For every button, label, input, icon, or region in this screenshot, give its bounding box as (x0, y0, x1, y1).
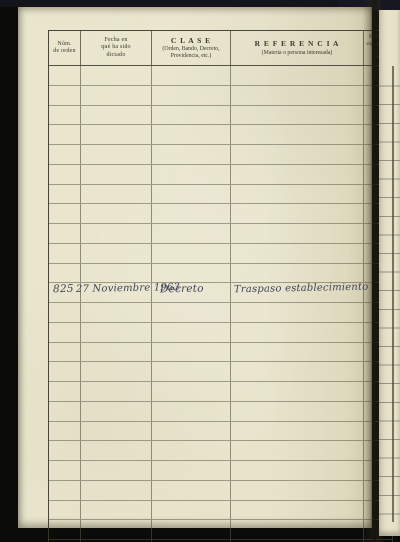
cell-num (49, 402, 81, 421)
cell-referencia (231, 66, 364, 85)
cell-clase (152, 303, 231, 322)
scanned-document-photo: Núm. de orden Fecha en qué ha sido dicta… (0, 0, 400, 542)
table-row (49, 125, 392, 145)
cell-clase: Decreto (152, 283, 231, 302)
cell-referencia (231, 362, 364, 381)
book-spine-fold (373, 4, 375, 536)
cell-fecha (81, 185, 152, 204)
cell-referencia (231, 343, 364, 362)
cell-fecha (81, 343, 152, 362)
cell-num (49, 382, 81, 401)
cell-clase (152, 244, 231, 263)
cell-num (49, 422, 81, 441)
header-clase: C L A S E (Orden, Bando, Decreto, Provid… (152, 31, 231, 65)
table-row (49, 343, 392, 363)
table-row (49, 382, 392, 402)
cell-num (49, 362, 81, 381)
table-row (49, 501, 392, 521)
cell-clase (152, 106, 231, 125)
handwritten-num: 825 (53, 283, 74, 295)
table-row (49, 323, 392, 343)
cell-fecha (81, 106, 152, 125)
header-referencia: R E F E R E N C I A (Materia o persona i… (231, 31, 364, 65)
cell-clase (152, 402, 231, 421)
table-row (49, 264, 392, 284)
cell-referencia (231, 204, 364, 223)
table-row (49, 520, 392, 540)
cell-clase (152, 224, 231, 243)
cell-referencia (231, 264, 364, 283)
table-row (49, 244, 392, 264)
cell-clase (152, 145, 231, 164)
cell-fecha (81, 204, 152, 223)
cell-referencia (231, 402, 364, 421)
cell-num (49, 125, 81, 144)
next-page-edge (379, 10, 400, 536)
cell-clase (152, 66, 231, 85)
table-row (49, 204, 392, 224)
cell-clase (152, 185, 231, 204)
header-referencia-title: R E F E R E N C I A (255, 39, 340, 48)
cell-fecha (81, 244, 152, 263)
cell-fecha (81, 303, 152, 322)
table-row (49, 402, 392, 422)
cell-num (49, 185, 81, 204)
cell-fecha (81, 224, 152, 243)
cell-fecha (81, 441, 152, 460)
cell-referencia (231, 224, 364, 243)
cell-referencia (231, 382, 364, 401)
table-header-row: Núm. de orden Fecha en qué ha sido dicta… (49, 31, 392, 66)
cell-referencia (231, 303, 364, 322)
table-row (49, 224, 392, 244)
cell-clase (152, 520, 231, 539)
cell-num (49, 323, 81, 342)
cell-num (49, 86, 81, 105)
cell-fecha (81, 66, 152, 85)
cell-clase (152, 165, 231, 184)
cell-clase (152, 422, 231, 441)
cell-referencia (231, 501, 364, 520)
cell-num (49, 501, 81, 520)
cell-fecha (81, 402, 152, 421)
cell-clase (152, 481, 231, 500)
cell-fecha (81, 86, 152, 105)
cell-clase (152, 264, 231, 283)
cell-fecha (81, 422, 152, 441)
header-fecha: Fecha en qué ha sido dictado (81, 31, 152, 65)
cell-clase (152, 382, 231, 401)
cell-num (49, 244, 81, 263)
table-row (49, 422, 392, 442)
header-referencia-sub: (Materia o persona interesada) (262, 50, 333, 57)
cell-referencia (231, 323, 364, 342)
registry-table: Núm. de orden Fecha en qué ha sido dicta… (48, 30, 393, 542)
table-row (49, 86, 392, 106)
cell-fecha (81, 481, 152, 500)
cell-referencia: Traspaso establecimiento (231, 283, 364, 302)
cell-referencia (231, 185, 364, 204)
cell-fecha (81, 145, 152, 164)
cell-num (49, 204, 81, 223)
cell-fecha (81, 520, 152, 539)
table-row (49, 165, 392, 185)
cell-referencia (231, 244, 364, 263)
cell-num (49, 264, 81, 283)
cell-num (49, 224, 81, 243)
table-row: 82527 Noviembre 1963DecretoTraspaso esta… (49, 283, 392, 303)
cell-fecha (81, 264, 152, 283)
cell-num (49, 106, 81, 125)
header-num-orden: Núm. de orden (49, 31, 81, 65)
cell-fecha (81, 165, 152, 184)
cell-num (49, 303, 81, 322)
table-row (49, 106, 392, 126)
table-row (49, 441, 392, 461)
cell-fecha (81, 362, 152, 381)
cell-clase (152, 343, 231, 362)
table-rows: 82527 Noviembre 1963DecretoTraspaso esta… (49, 66, 392, 540)
cell-fecha (81, 501, 152, 520)
table-row (49, 185, 392, 205)
next-page-rule-lines (379, 68, 400, 520)
table-row (49, 66, 392, 86)
table-row (49, 461, 392, 481)
table-row (49, 481, 392, 501)
cell-num (49, 165, 81, 184)
cell-referencia (231, 106, 364, 125)
cell-referencia (231, 422, 364, 441)
cell-referencia (231, 441, 364, 460)
cell-num (49, 343, 81, 362)
handwritten-referencia: Traspaso establecimiento (234, 282, 369, 296)
table-row (49, 362, 392, 382)
table-row (49, 303, 392, 323)
cell-referencia (231, 125, 364, 144)
cell-fecha (81, 323, 152, 342)
cell-fecha (81, 125, 152, 144)
table-row (49, 145, 392, 165)
cell-num (49, 520, 81, 539)
cell-clase (152, 501, 231, 520)
cell-clase (152, 461, 231, 480)
cell-fecha (81, 382, 152, 401)
cell-clase (152, 86, 231, 105)
cell-referencia (231, 145, 364, 164)
cell-clase (152, 204, 231, 223)
cell-num (49, 481, 81, 500)
cell-referencia (231, 165, 364, 184)
cell-referencia (231, 520, 364, 539)
cell-clase (152, 125, 231, 144)
next-page-column-line (392, 66, 394, 522)
handwritten-clase: Decreto (160, 283, 204, 296)
cell-num (49, 441, 81, 460)
cell-clase (152, 323, 231, 342)
cell-fecha (81, 461, 152, 480)
cell-num (49, 66, 81, 85)
cell-fecha: 27 Noviembre 1963 (81, 283, 152, 302)
cell-clase (152, 362, 231, 381)
header-clase-sub: (Orden, Bando, Decreto, Providencia, etc… (162, 46, 219, 60)
ledger-page: Núm. de orden Fecha en qué ha sido dicta… (18, 7, 372, 528)
cell-referencia (231, 86, 364, 105)
cell-num (49, 145, 81, 164)
cell-referencia (231, 461, 364, 480)
cell-referencia (231, 481, 364, 500)
cell-clase (152, 441, 231, 460)
cell-num (49, 461, 81, 480)
header-clase-title: C L A S E (171, 36, 211, 45)
